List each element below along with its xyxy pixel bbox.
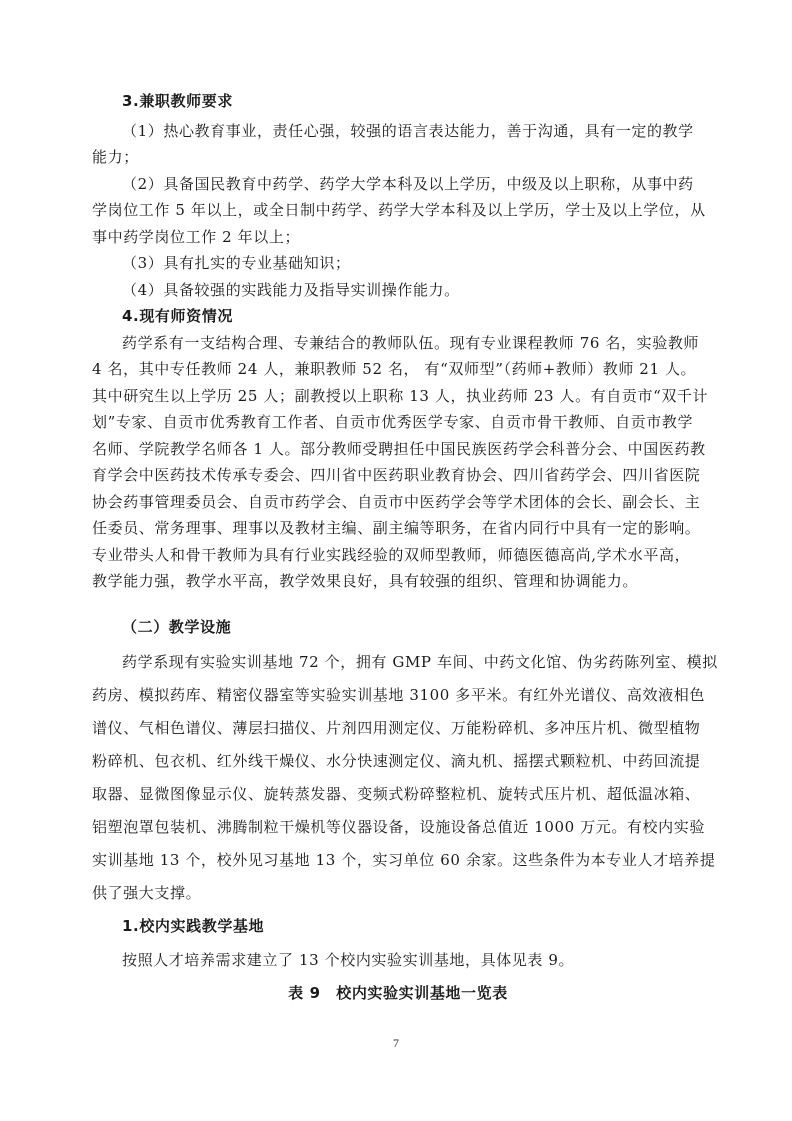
paragraph-line: 谱仪、气相色谱仪、薄层扫描仪、片剂四用测定仪、万能粉碎机、多冲压片机、微型植物	[92, 718, 700, 738]
paragraph-line: （1）热心教育事业，责任心强，较强的语言表达能力，善于沟通，具有一定的教学	[92, 121, 694, 141]
paragraph-line: 协会药事管理委员会、自贡市药学会、自贡市中医药学会等学术团体的会长、副会长、主	[92, 492, 700, 512]
paragraph-line: 药学系现有实验实训基地 72 个，拥有 GMP 车间、中药文化馆、伪劣药陈列室、…	[92, 652, 718, 672]
paragraph-line: 育学会中医药技术传承专委会、四川省中医药职业教育协会、四川省药学会、四川省医院	[92, 465, 700, 485]
paragraph-line: 取器、显微图像显示仪、旋转蒸发器、变频式粉碎整粒机、旋转式压片机、超低温冰箱、	[92, 784, 700, 804]
paragraph-line: （4）具备较强的实践能力及指导实训操作能力。	[92, 280, 460, 300]
paragraph-line: 4 名，其中专任教师 24 人，兼职教师 52 名， 有“双师型”（药师+教师）…	[92, 359, 696, 379]
section-heading-on-campus-bases: 1.校内实践教学基地	[92, 916, 264, 936]
paragraph-line: 专业带头人和骨干教师为具有行业实践经验的双师型教师，师德医德高尚,学术水平高，	[92, 545, 690, 565]
table-caption: 表 9 校内实验实训基地一览表	[92, 983, 704, 1003]
paragraph-line: 名师、学院教学名师各 1 人。部分教师受聘担任中国民族医药学会科普分会、中国医药…	[92, 439, 706, 459]
paragraph-line: 学岗位工作 5 年以上，或全日制中药学、药学大学本科及以上学历，学士及以上学位，…	[92, 200, 706, 220]
paragraph-line: 实训基地 13 个，校外见习基地 13 个，实习单位 60 余家。这些条件为本专…	[92, 850, 715, 870]
paragraph-line: （2）具备国民教育中药学、药学大学本科及以上学历，中级及以上职称，从事中药	[92, 174, 694, 194]
paragraph-line: 铝塑泡罩包装机、沸腾制粒干燥机等仪器设备，设施设备总值近 1000 万元。有校内…	[92, 817, 705, 837]
paragraph-line: 药房、模拟药库、精密仪器室等实验实训基地 3100 多平米。有红外光谱仪、高效液…	[92, 685, 705, 705]
paragraph-line: 能力；	[92, 147, 139, 167]
paragraph-line: 按照人才培养需求建立了 13 个校内实验实训基地，具体见表 9。	[92, 950, 574, 970]
paragraph-line: 供了强大支撑。	[92, 883, 201, 903]
paragraph-line: 划”专家、自贡市优秀教育工作者、自贡市优秀医学专家、自贡市骨干教师、自贡市教学	[92, 412, 693, 432]
page-number: 7	[0, 1036, 792, 1051]
paragraph-line: 粉碎机、包衣机、红外线干燥仪、水分快速测定仪、滴丸机、摇摆式颗粒机、中药回流提	[92, 751, 700, 771]
paragraph-line: 药学系有一支结构合理、专兼结合的教师队伍。现有专业课程教师 76 名，实验教师	[92, 333, 699, 353]
section-heading-teaching-facilities: （二）教学设施	[92, 617, 231, 637]
section-heading-current-faculty: 4.现有师资情况	[92, 306, 233, 326]
paragraph-line: 其中研究生以上学历 25 人；副教授以上职称 13 人，执业药师 23 人。有自…	[92, 386, 708, 406]
paragraph-line: （3）具有扎实的专业基础知识；	[92, 253, 351, 273]
paragraph-line: 任委员、常务理事、理事以及教材主编、副主编等职务，在省内同行中具有一定的影响。	[92, 518, 700, 538]
paragraph-line: 事中药学岗位工作 2 年以上；	[92, 227, 300, 247]
section-heading-part-time-teacher-requirements: 3.兼职教师要求	[92, 91, 233, 111]
paragraph-line: 教学能力强，教学水平高，教学效果良好，具有较强的组织、管理和协调能力。	[92, 571, 638, 591]
